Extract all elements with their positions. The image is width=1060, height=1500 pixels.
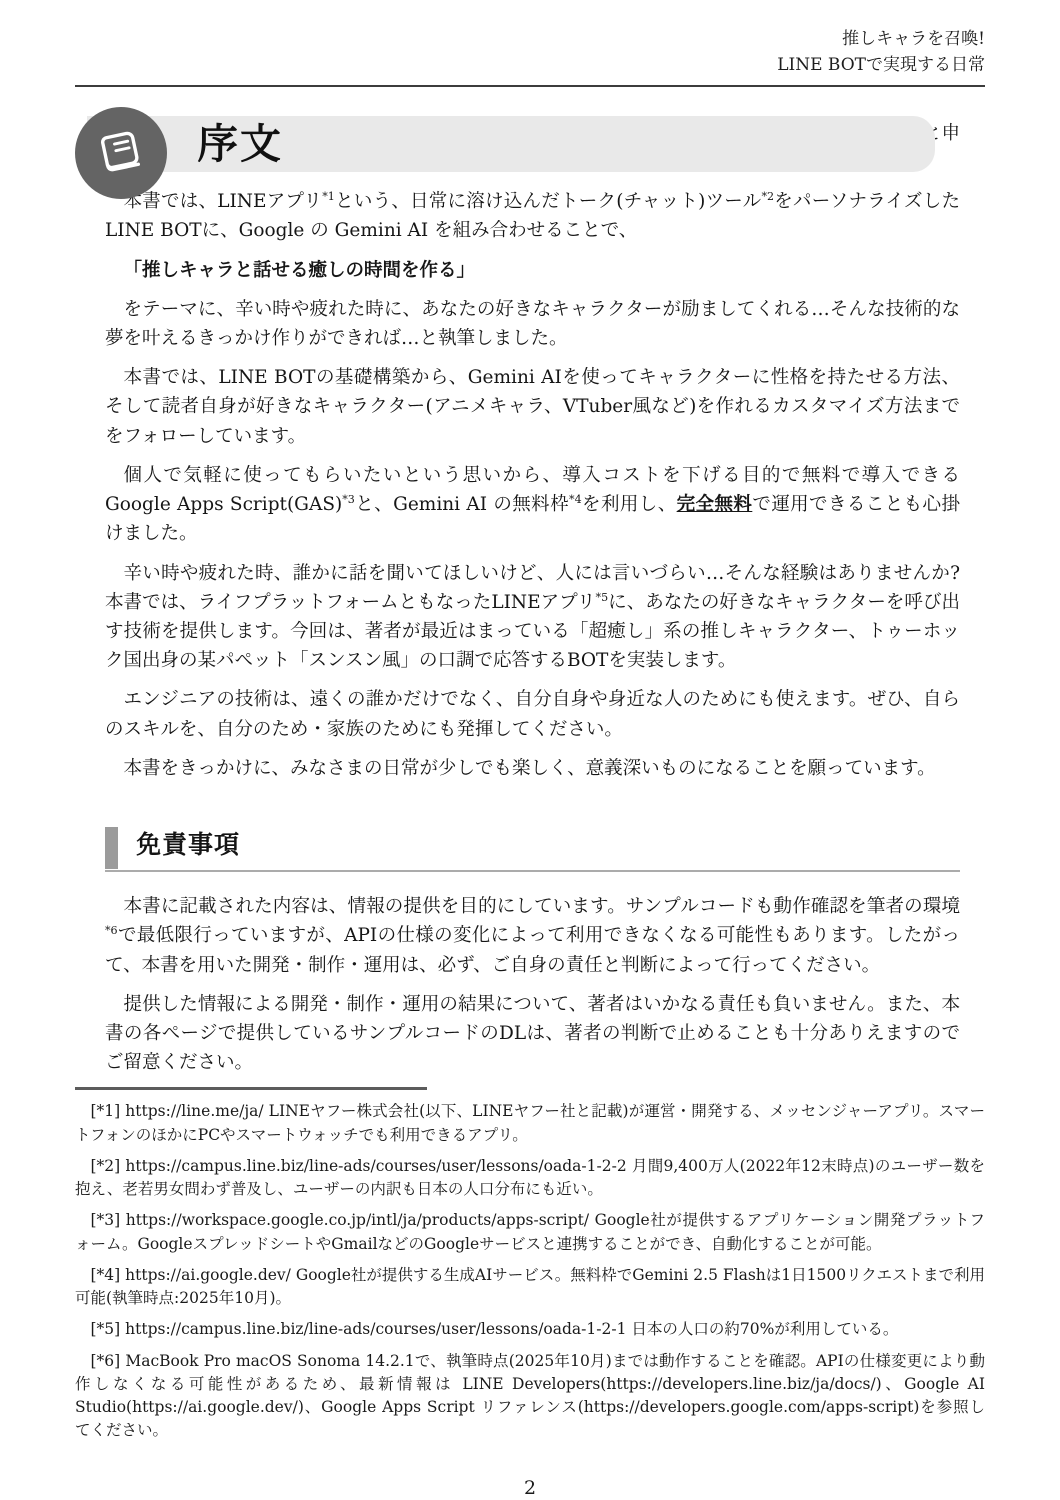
running-header: 推しキャラを召喚! LINE BOTで実現する日常 [75,26,985,79]
document-page: 推しキャラを召喚! LINE BOTで実現する日常 序文 数ある本の中から本書を… [0,0,1060,1500]
footnote: [*1] https://line.me/ja/ LINEヤフー株式会社(以下、… [75,1100,985,1147]
header-rule [75,85,985,87]
paragraph: 「推しキャラと話せる癒しの時間を作る」 [105,256,960,285]
running-header-line1: 推しキャラを召喚! [75,26,985,52]
footnote-marker: [*1] [91,1102,126,1120]
book-icon [75,107,167,199]
footnote: [*6] MacBook Pro macOS Sonoma 14.2.1で、執筆… [75,1350,985,1443]
paragraph: をテーマに、辛い時や疲れた時に、あなたの好きなキャラクターが励ましてくれる…そん… [105,295,960,353]
footnote-list: [*1] https://line.me/ja/ LINEヤフー株式会社(以下、… [75,1100,985,1442]
section-heading-bar [105,827,118,869]
footnote-marker: [*5] [91,1320,126,1338]
chapter-title-bar: 序文 [87,116,935,172]
footnote: [*4] https://ai.google.dev/ Google社が提供する… [75,1264,985,1311]
paragraph: 本書では、LINE BOTの基礎構築から、Gemini AIを使ってキャラクター… [105,363,960,451]
footnote-ref: *3 [342,493,355,506]
paragraph: 提供した情報による開発・制作・運用の結果について、著者はいかなる責任も負いません… [105,990,960,1078]
footnote-ref: *2 [761,190,774,203]
footnote: [*2] https://campus.line.biz/line-ads/co… [75,1155,985,1202]
paragraph: エンジニアの技術は、遠くの誰かだけでなく、自分自身や身近な人のためにも使えます。… [105,685,960,743]
paragraph: 本書をきっかけに、みなさまの日常が少しでも楽しく、意義深いものになることを願って… [105,754,960,783]
paragraph: 個人で気軽に使ってもらいたいという思いから、導入コストを下げる目的で無料で導入で… [105,461,960,549]
emphasis-bold: 「推しキャラと話せる癒しの時間を作る」 [124,260,476,281]
footnotes-section: [*1] https://line.me/ja/ LINEヤフー株式会社(以下、… [75,1087,985,1450]
paragraph: 辛い時や疲れた時、誰かに話を聞いてほしいけど、人には言いづらい…そんな経験はあり… [105,559,960,676]
footnote-ref: *4 [569,493,582,506]
chapter-heading: 序文 [197,116,283,172]
running-header-line2: LINE BOTで実現する日常 [75,52,985,78]
footnote-ref: *6 [105,924,118,937]
paragraph: 本書に記載された内容は、情報の提供を目的にしています。サンプルコードも動作確認を… [105,892,960,980]
disclaimer-heading: 免責事項 [105,825,960,872]
page-number: 2 [75,1477,985,1499]
disclaimer-paragraphs: 本書に記載された内容は、情報の提供を目的にしています。サンプルコードも動作確認を… [105,892,960,1077]
disclaimer-section: 免責事項 本書に記載された内容は、情報の提供を目的にしています。サンプルコードも… [105,825,960,1087]
footnote: [*3] https://workspace.google.co.jp/intl… [75,1209,985,1256]
paragraph: 本書では、LINEアプリ*1という、日常に溶け込んだトーク(チャット)ツール*2… [105,187,960,245]
footnote-ref: *1 [322,190,335,203]
footnote-separator [75,1087,427,1090]
book-glyph [94,126,148,180]
preface-section: 数ある本の中から本書を手に取ってくれた、みなさま。はじめまして、@megusun… [105,119,960,793]
preface-paragraphs: 数ある本の中から本書を手に取ってくれた、みなさま。はじめまして、@megusun… [105,119,960,783]
footnote-marker: [*6] [91,1352,126,1370]
footnote-marker: [*3] [91,1211,126,1229]
footnote-ref: *5 [596,591,609,604]
emphasis-underline: 完全無料 [677,494,753,515]
disclaimer-heading-text: 免責事項 [136,825,240,861]
footnote-marker: [*4] [91,1266,126,1284]
footnote: [*5] https://campus.line.biz/line-ads/co… [75,1318,985,1341]
footnote-marker: [*2] [91,1157,126,1175]
